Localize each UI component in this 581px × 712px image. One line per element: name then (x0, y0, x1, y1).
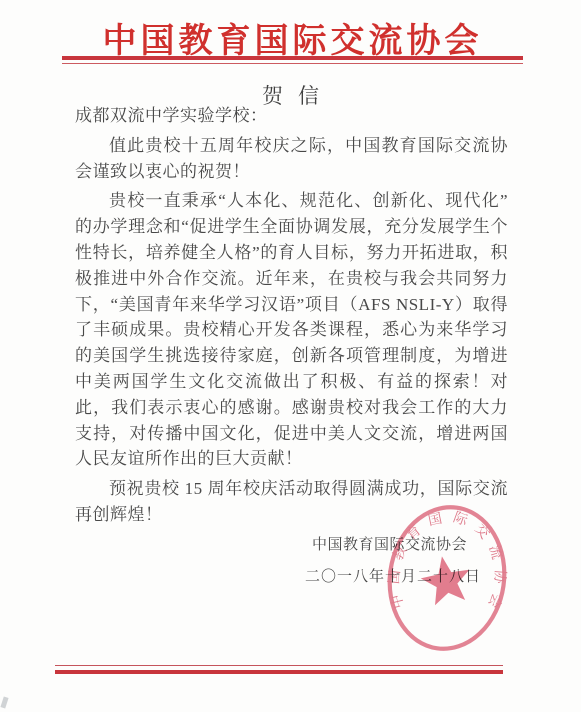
footer-divider (55, 665, 503, 674)
letter-body: 成都双流中学实验学校： 值此贵校十五周年校庆之际，中国教育国际交流协会谨致以衷心… (75, 103, 508, 528)
salutation: 成都双流中学实验学校： (75, 103, 508, 129)
divider-thick-line (55, 670, 503, 674)
signature-org-name: 中国教育国际交流协会 (312, 533, 467, 554)
letterhead-org-name: 中国教育国际交流协会 (0, 13, 581, 62)
divider-thin-line (55, 665, 503, 666)
divider-thin-line (62, 63, 523, 64)
paragraph-greeting: 值此贵校十五周年校庆之际，中国教育国际交流协会谨致以衷心的祝贺！ (75, 133, 508, 185)
paragraph-main: 贵校一直秉承“人本化、规范化、创新化、现代化”的办学理念和“促进学生全面协调发展… (75, 188, 508, 472)
divider-thick-line (62, 56, 523, 60)
signature-date: 二〇一八年十月二十八日 (305, 565, 481, 586)
letter-page: 中国教育国际交流协会 贺信 成都双流中学实验学校： 值此贵校十五周年校庆之际，中… (0, 0, 581, 712)
scan-artifact (0, 696, 8, 708)
paragraph-wishes: 预祝贵校 15 周年校庆活动取得圆满成功，国际交流再创辉煌！ (75, 476, 508, 528)
letterhead-divider (62, 56, 523, 64)
